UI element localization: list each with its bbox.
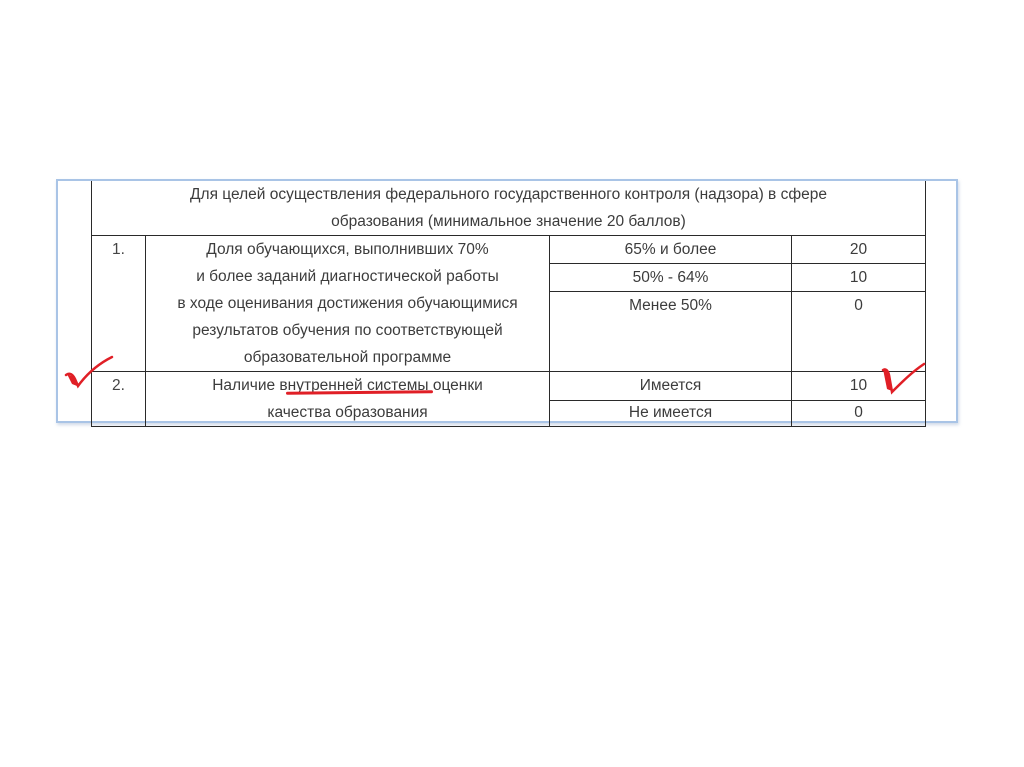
checkmark-icon (64, 355, 114, 391)
option-value-cell: Менее 50% (550, 292, 792, 372)
criterion-line: Доля обучающихся, выполнивших 70% (146, 236, 549, 263)
option-value-cell: Имеется (550, 372, 792, 401)
criterion-line: образовательной программе (146, 344, 549, 371)
criterion-line: Наличие внутренней системы оценки (146, 372, 549, 399)
table-row: 1. Доля обучающихся, выполнивших 70% и б… (92, 236, 926, 264)
checkmark-icon (880, 362, 930, 398)
table-header-row: Для целей осуществления федерального гос… (92, 181, 926, 236)
option-points-cell: 0 (792, 292, 926, 372)
criterion-text: Наличие в (212, 377, 287, 394)
option-value-cell: 65% и более (550, 236, 792, 264)
option-value-cell: 50% - 64% (550, 264, 792, 292)
criterion-line: в ходе оценивания достижения обучающимис… (146, 290, 549, 317)
option-value-cell: Не имеется (550, 401, 792, 427)
criteria-table: Для целей осуществления федерального гос… (91, 181, 926, 427)
criterion-text: оценки (429, 377, 483, 394)
row-number-cell: 1. (92, 236, 146, 372)
table-row: 2. Наличие внутренней системы оценки кач… (92, 372, 926, 401)
underlined-phrase: нутренней системы (288, 377, 429, 394)
criterion-line: и более заданий диагностической работы (146, 263, 549, 290)
option-points-cell: 20 (792, 236, 926, 264)
option-points-cell: 0 (792, 401, 926, 427)
criterion-cell: Наличие внутренней системы оценки качест… (146, 372, 550, 427)
criterion-cell: Доля обучающихся, выполнивших 70% и боле… (146, 236, 550, 372)
criterion-line: качества образования (146, 399, 549, 426)
criterion-line: результатов обучения по соответствующей (146, 317, 549, 344)
header-line-2: образования (минимальное значение 20 бал… (92, 208, 925, 235)
option-points-cell: 10 (792, 264, 926, 292)
table-header-cell: Для целей осуществления федерального гос… (92, 181, 926, 236)
header-line-1: Для целей осуществления федерального гос… (92, 181, 925, 208)
